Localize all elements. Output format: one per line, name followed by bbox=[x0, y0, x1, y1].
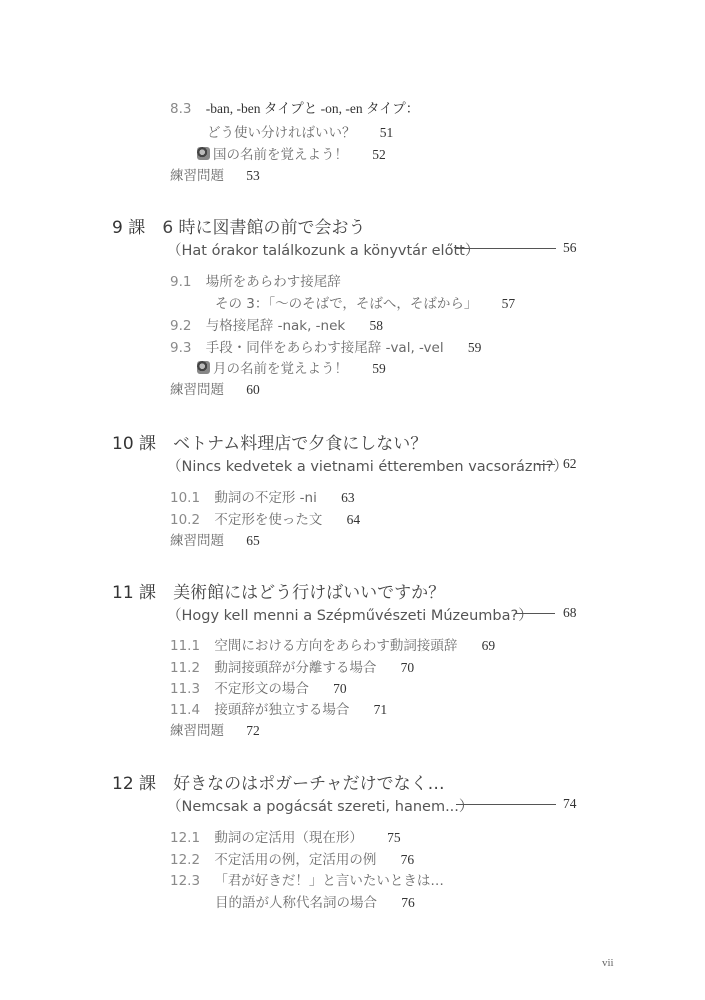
toc-section-8-3-line2[interactable]: どう使い分ければいい？ 51 bbox=[207, 121, 393, 141]
page-number: 76 bbox=[401, 895, 415, 910]
toc-section-9-1-line2[interactable]: その 3：「～のそばで，そばへ，そばから」 57 bbox=[215, 292, 515, 312]
exercise-label: 練習問題 bbox=[170, 723, 224, 739]
leader-rule bbox=[537, 464, 555, 465]
chapter-page: 68 bbox=[563, 605, 577, 621]
chapter-page: 56 bbox=[563, 240, 577, 256]
chapter-page: 74 bbox=[563, 796, 577, 812]
toc-section-12-1[interactable]: 12.1 動詞の定活用（現在形） 75 bbox=[170, 826, 401, 846]
exercise-label: 練習問題 bbox=[170, 533, 224, 549]
toc-section-9-3[interactable]: 9.3 手段・同伴をあらわす接尾辞 -val, -vel 59 bbox=[170, 336, 481, 356]
page-number: 76 bbox=[401, 852, 415, 867]
toc-exercise-11[interactable]: 練習問題 72 bbox=[170, 719, 260, 739]
column-badge-icon bbox=[197, 147, 210, 160]
chapter-number: 10 課 bbox=[112, 434, 156, 454]
chapter-11-hungarian: （Hogy kell menni a Szépművészeti Múzeumb… bbox=[167, 604, 533, 625]
section-label: 不定形文の場合 bbox=[214, 681, 309, 697]
page-number: 71 bbox=[374, 702, 388, 717]
page-number: 72 bbox=[246, 723, 260, 738]
chapter-number: 12 課 bbox=[112, 774, 156, 794]
chapter-10-heading[interactable]: 10 課 ベトナム料理店で夕食にしない？ bbox=[112, 429, 427, 454]
section-number: 12.1 bbox=[170, 830, 200, 846]
toc-exercise-10[interactable]: 練習問題 65 bbox=[170, 529, 260, 549]
chapter-12-heading[interactable]: 12 課 好きなのはポガーチャだけでなく… bbox=[112, 769, 445, 794]
extra-label: 月の名前を覚えよう！ bbox=[213, 361, 348, 377]
chapter-number: 9 課 bbox=[112, 218, 145, 238]
page-number: 64 bbox=[347, 512, 361, 527]
page-number: 52 bbox=[372, 147, 386, 162]
toc-section-12-3-line2[interactable]: 目的語が人称代名詞の場合 76 bbox=[215, 891, 415, 911]
toc-section-11-1[interactable]: 11.1 空間における方向をあらわす動詞接頭辞 69 bbox=[170, 634, 495, 654]
section-label: 接頭辞が独立する場合 bbox=[214, 702, 349, 718]
toc-section-8-3[interactable]: 8.3 -ban, -ben タイプと -on, -en タイプ： bbox=[170, 97, 419, 117]
section-label: 「君が好きだ！」と言いたいときは… bbox=[214, 873, 444, 889]
page-number: 69 bbox=[482, 638, 496, 653]
section-label: 空間における方向をあらわす動詞接頭辞 bbox=[214, 638, 457, 654]
page-number: 59 bbox=[372, 361, 386, 376]
toc-section-11-3[interactable]: 11.3 不定形文の場合 70 bbox=[170, 677, 347, 697]
section-number: 11.4 bbox=[170, 702, 200, 718]
toc-section-10-2[interactable]: 10.2 不定形を使った文 64 bbox=[170, 508, 360, 528]
toc-extra-months[interactable]: 月の名前を覚えよう！ 59 bbox=[197, 357, 386, 377]
page-number: 63 bbox=[341, 490, 355, 505]
toc-exercise[interactable]: 練習問題 53 bbox=[170, 164, 260, 184]
leader-rule bbox=[456, 248, 556, 249]
section-label-cont: どう使い分ければいい？ bbox=[207, 125, 356, 141]
section-number: 11.3 bbox=[170, 681, 200, 697]
section-number: 12.2 bbox=[170, 852, 200, 868]
section-label: 不定活用の例，定活用の例 bbox=[214, 852, 376, 868]
exercise-label: 練習問題 bbox=[170, 382, 224, 398]
chapter-title: 美術館にはどう行けばいいですか？ bbox=[173, 583, 445, 603]
page-number: 75 bbox=[387, 830, 401, 845]
section-label: 動詞の定活用（現在形） bbox=[214, 830, 363, 846]
page-number: 53 bbox=[246, 168, 260, 183]
section-label: 動詞の不定形 -ni bbox=[214, 490, 316, 506]
chapter-title: 6 時に図書館の前で会おう bbox=[162, 218, 365, 238]
page-number: 58 bbox=[370, 318, 384, 333]
exercise-label: 練習問題 bbox=[170, 168, 224, 184]
section-label: 手段・同伴をあらわす接尾辞 -val, -vel bbox=[206, 340, 444, 356]
section-label: 不定形を使った文 bbox=[214, 512, 322, 528]
section-number: 9.3 bbox=[170, 340, 191, 356]
leader-rule bbox=[456, 804, 556, 805]
section-number: 8.3 bbox=[170, 101, 191, 117]
toc-section-11-2[interactable]: 11.2 動詞接頭辞が分離する場合 70 bbox=[170, 656, 414, 676]
section-number: 10.2 bbox=[170, 512, 200, 528]
page-number: 57 bbox=[502, 296, 516, 311]
page-number: 70 bbox=[333, 681, 347, 696]
toc-section-12-2[interactable]: 12.2 不定活用の例，定活用の例 76 bbox=[170, 848, 414, 868]
section-label: -ban, -ben タイプと -on, -en タイプ： bbox=[206, 101, 419, 116]
section-number: 10.1 bbox=[170, 490, 200, 506]
chapter-9-hungarian: （Hat órakor találkozunk a könyvtár előtt… bbox=[167, 239, 479, 260]
section-label-cont: 目的語が人称代名詞の場合 bbox=[215, 895, 377, 911]
page-number: 51 bbox=[380, 125, 394, 140]
chapter-12-hungarian: （Nemcsak a pogácsát szereti, hanem...） bbox=[167, 795, 473, 816]
extra-label: 国の名前を覚えよう！ bbox=[213, 147, 348, 163]
page-number: 60 bbox=[246, 382, 260, 397]
section-label: 与格接尾辞 -nak, -nek bbox=[206, 318, 345, 334]
chapter-number: 11 課 bbox=[112, 583, 156, 603]
toc-extra-countries[interactable]: 国の名前を覚えよう！ 52 bbox=[197, 143, 386, 163]
toc-section-9-2[interactable]: 9.2 与格接尾辞 -nak, -nek 58 bbox=[170, 314, 383, 334]
section-label: 動詞接頭辞が分離する場合 bbox=[214, 660, 376, 676]
section-number: 9.1 bbox=[170, 274, 191, 290]
toc-section-9-1[interactable]: 9.1 場所をあらわす接尾辞 bbox=[170, 270, 341, 290]
leader-rule bbox=[515, 613, 555, 614]
page-number: 70 bbox=[401, 660, 415, 675]
chapter-11-heading[interactable]: 11 課 美術館にはどう行けばいいですか？ bbox=[112, 578, 445, 603]
section-number: 9.2 bbox=[170, 318, 191, 334]
page-number: 59 bbox=[468, 340, 482, 355]
section-label: 場所をあらわす接尾辞 bbox=[206, 274, 341, 290]
chapter-page: 62 bbox=[563, 456, 577, 472]
section-number: 11.1 bbox=[170, 638, 200, 654]
section-number: 11.2 bbox=[170, 660, 200, 676]
section-number: 12.3 bbox=[170, 873, 200, 889]
section-label-cont: その 3：「～のそばで，そばへ，そばから」 bbox=[215, 296, 477, 312]
chapter-title: 好きなのはポガーチャだけでなく… bbox=[173, 774, 445, 794]
page-folio: vii bbox=[602, 957, 614, 969]
chapter-9-heading[interactable]: 9 課 6 時に図書館の前で会おう bbox=[112, 213, 366, 238]
toc-section-12-3[interactable]: 12.3 「君が好きだ！」と言いたいときは… bbox=[170, 869, 444, 889]
chapter-title: ベトナム料理店で夕食にしない？ bbox=[173, 434, 427, 454]
column-badge-icon bbox=[197, 361, 210, 374]
toc-exercise-9[interactable]: 練習問題 60 bbox=[170, 378, 260, 398]
toc-section-10-1[interactable]: 10.1 動詞の不定形 -ni 63 bbox=[170, 486, 355, 506]
toc-section-11-4[interactable]: 11.4 接頭辞が独立する場合 71 bbox=[170, 698, 387, 718]
chapter-10-hungarian: （Nincs kedvetek a vietnami étteremben va… bbox=[167, 455, 568, 476]
page-number: 65 bbox=[246, 533, 260, 548]
